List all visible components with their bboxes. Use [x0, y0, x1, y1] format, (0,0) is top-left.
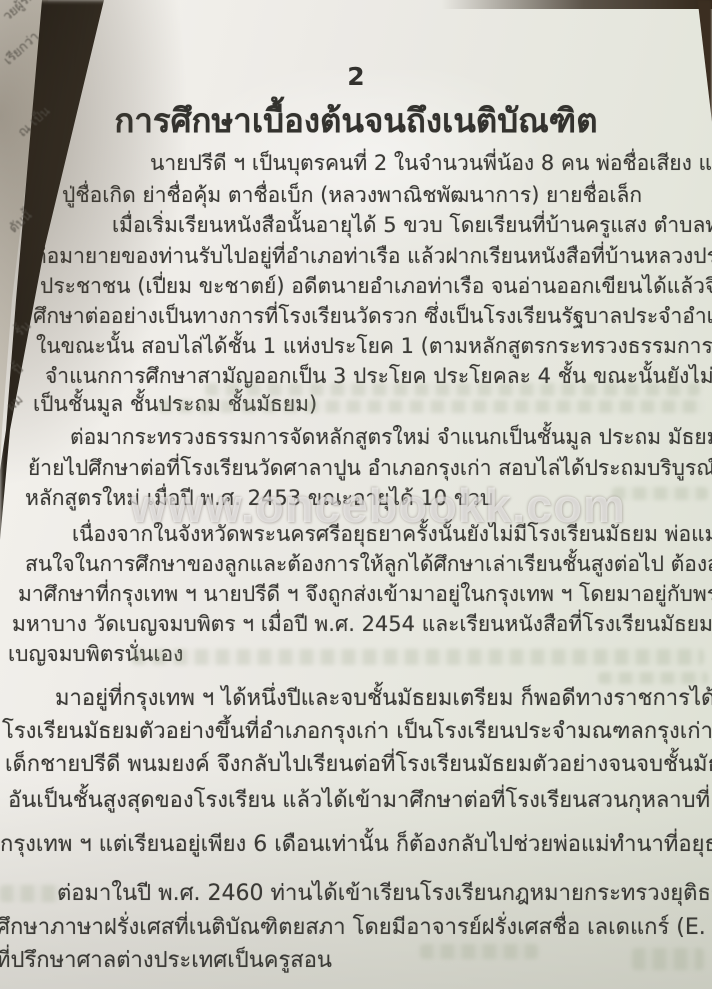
- body-text-line: ศึกษาต่ออย่างเป็นทางการที่โรงเรียนวัดรวก…: [33, 303, 712, 329]
- bleedthrough-ghost: [420, 944, 538, 959]
- body-text-line: ต่อมากระทรวงธรรมการจัดหลักสูตรใหม่ จำแนก…: [70, 424, 712, 450]
- body-text-line: ประชาชน (เปี่ยม ขะชาตย์) อดีตนายอำเภอท่า…: [40, 273, 712, 299]
- bleedthrough-ghost: [132, 649, 704, 665]
- body-text-line: ต่อมายายของท่านรับไปอยู่ที่อำเภอท่าเรือ …: [33, 243, 712, 269]
- bleedthrough-ghost: [205, 383, 700, 396]
- body-text-line: อันเป็นชั้นสูงสุดของโรงเรียน แล้วได้เข้า…: [8, 788, 710, 814]
- body-text-line: หลักสูตรใหม่ เมื่อปี พ.ศ. 2453 ขณะอายุได…: [25, 485, 493, 511]
- body-text-line: มาศึกษาที่กรุงเทพ ฯ นายปรีดี ฯ จึงถูกส่ง…: [18, 581, 712, 607]
- body-text-line: นายปรีดี ฯ เป็นบุตรคนที่ 2 ในจำนวนพี่น้อ…: [150, 150, 712, 176]
- bleedthrough-ghost: [598, 672, 708, 684]
- body-text-line: เนื่องจากในจังหวัดพระนครศรีอยุธยาครั้งนั…: [72, 521, 712, 547]
- body-text-line: ศึกษาภาษาฝรั่งเศสที่เนติบัณฑิตยสภา โดยมี…: [0, 915, 712, 941]
- bleedthrough-ghost: [158, 400, 703, 413]
- bleedthrough-ghost: [632, 948, 704, 970]
- body-text-line: ต่อมาในปี พ.ศ. 2460 ท่านได้เข้าเรียนโรงเ…: [57, 881, 712, 907]
- body-text-line: สนใจในการศึกษาของลูกและต้องการให้ลูกได้ศ…: [25, 551, 712, 577]
- body-text-line: เด็กชายปรีดี พนมยงค์ จึงกลับไปเรียนต่อที…: [5, 752, 712, 778]
- photo-top-edge: [0, 0, 712, 9]
- chapter-title: การศึกษาเบื้องต้นจนถึงเนติบัณฑิต: [0, 94, 712, 147]
- body-text-line: ย้ายไปศึกษาต่อที่โรงเรียนวัดศาลาปูน อำเภ…: [28, 455, 712, 481]
- body-text-line: ในขณะนั้น สอบไล่ได้ชั้น 1 แห่งประโยค 1 (…: [36, 333, 712, 359]
- body-text-line: ที่ปรึกษาศาลต่างประเทศเป็นครูสอน: [0, 948, 332, 974]
- body-text-line: ปู่ชื่อเกิด ย่าชื่อคุ้ม ตาชื่อเบ็ก (หลวง…: [62, 182, 642, 208]
- body-text-line: มาอยู่ที่กรุงเทพ ฯ ได้หนึ่งปีและจบชั้นมั…: [55, 686, 712, 712]
- bleedthrough-ghost: [612, 487, 708, 500]
- chapter-number: 2: [0, 62, 712, 91]
- body-text-line: มหาบาง วัดเบญจมบพิตร ฯ เมื่อปี พ.ศ. 2454…: [12, 611, 712, 637]
- body-text-line: กรุงเทพ ฯ แต่เรียนอยู่เพียง 6 เดือนเท่าน…: [0, 832, 712, 858]
- body-text-line: โรงเรียนมัธยมตัวอย่างขึ้นที่อำเภอกรุงเก่…: [2, 719, 712, 745]
- body-text-line: เมื่อเริ่มเรียนหนังสือนั้นอายุได้ 5 ขวบ …: [112, 212, 712, 238]
- bleedthrough-ghost: [0, 885, 62, 902]
- book-page-photo: 2 การศึกษาเบื้องต้นจนถึงเนติบัณฑิต นายปร…: [0, 0, 712, 989]
